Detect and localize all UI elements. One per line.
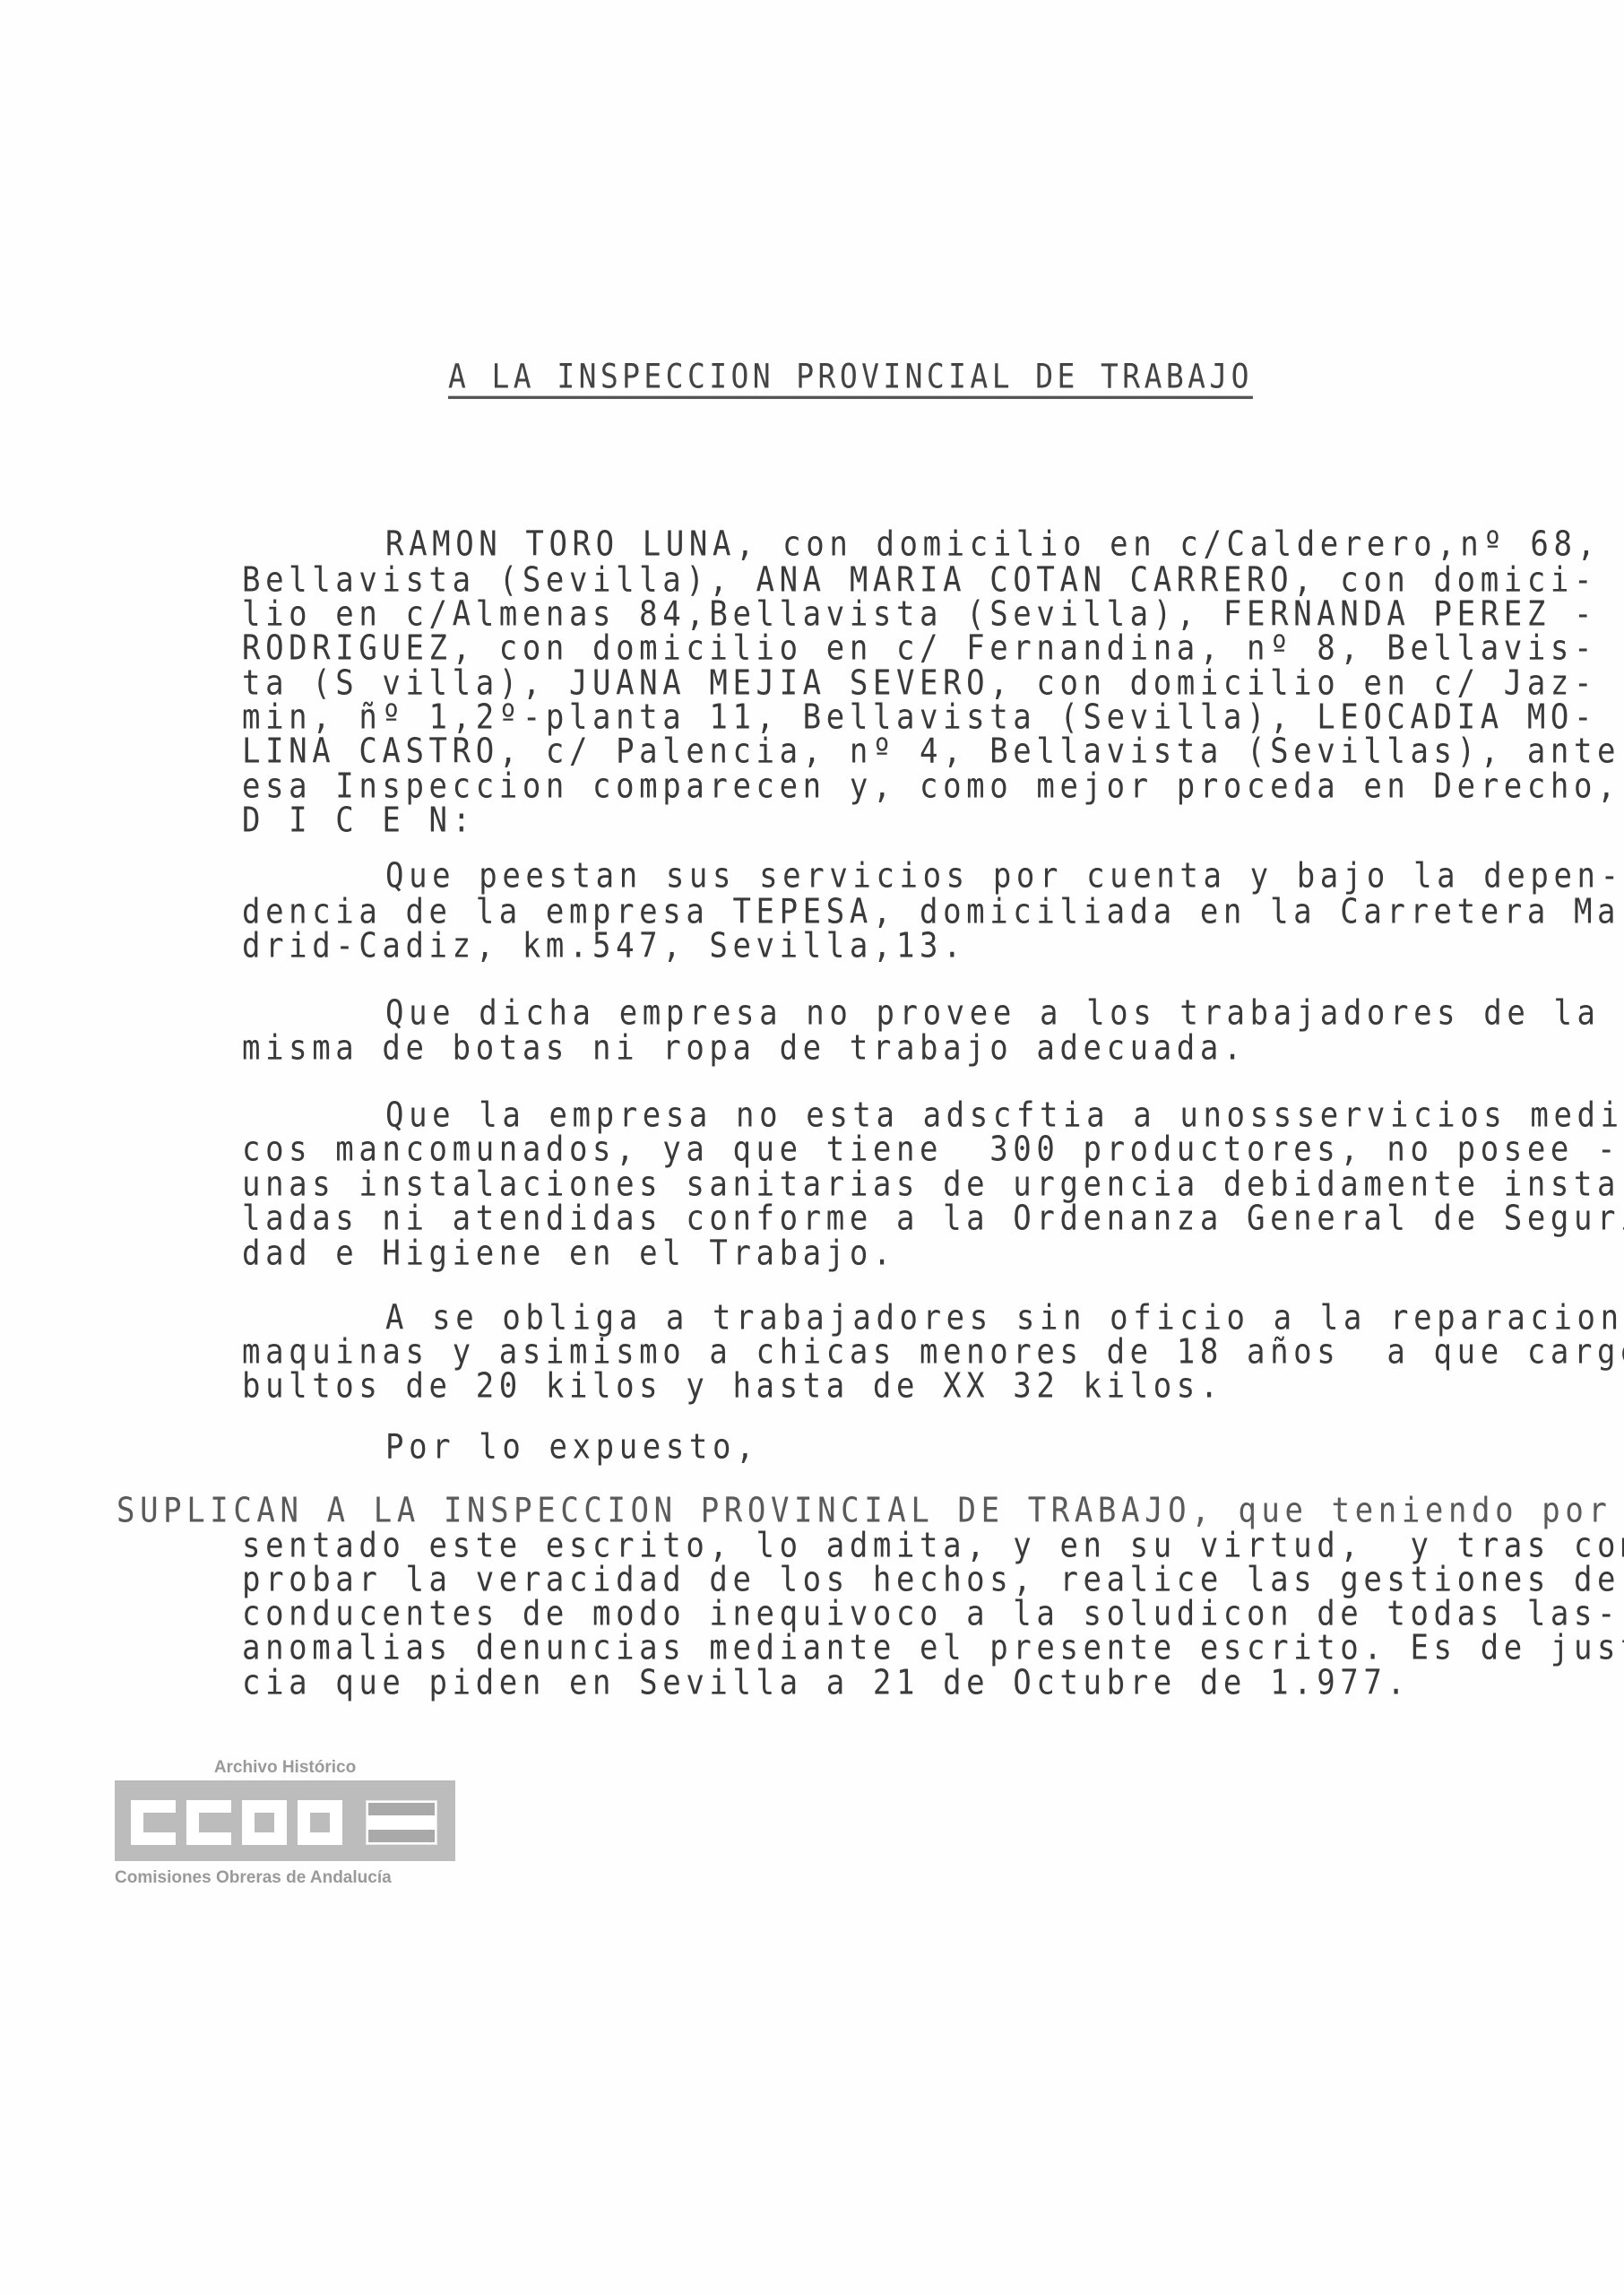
logo-bottom-label: Comisiones Obreras de Andalucía bbox=[115, 1865, 459, 1892]
logo-top-label: Archivo Histórico bbox=[151, 1755, 419, 1780]
text-line: misma de botas ni ropa de trabajo adecua… bbox=[242, 1028, 1247, 1069]
signature-date-line: cia que piden en Sevilla a 21 de Octubre… bbox=[242, 1663, 1411, 1703]
document-title: A LA INSPECCION PROVINCIAL DE TRABAJO bbox=[448, 357, 1253, 397]
text-line: bultos de 20 kilos y hasta de XX 32 kilo… bbox=[242, 1366, 1223, 1407]
closing-intro: Por lo expuesto, bbox=[385, 1427, 759, 1468]
text-line: RAMON TORO LUNA, con domicilio en c/Cald… bbox=[385, 524, 1601, 565]
text-line: Que peestan sus servicios por cuenta y b… bbox=[385, 856, 1624, 896]
dicen-heading: D I C E N: bbox=[242, 801, 476, 841]
document-page: A LA INSPECCION PROVINCIAL DE TRABAJO RA… bbox=[0, 0, 1624, 2295]
logo-letter-o-icon bbox=[298, 1800, 342, 1845]
ccoo-logo-mark bbox=[115, 1780, 455, 1861]
text-line: drid-Cadiz, km.547, Sevilla,13. bbox=[242, 926, 966, 966]
andalucia-flag-icon bbox=[366, 1800, 437, 1845]
ccoo-archive-logo: Archivo Histórico Comisione bbox=[115, 1755, 459, 1892]
text-line: dad e Higiene en el Trabajo. bbox=[242, 1234, 896, 1274]
logo-letter-o-icon bbox=[242, 1800, 287, 1845]
logo-letter-c-icon bbox=[186, 1800, 231, 1845]
logo-letter-c-icon bbox=[131, 1800, 176, 1845]
